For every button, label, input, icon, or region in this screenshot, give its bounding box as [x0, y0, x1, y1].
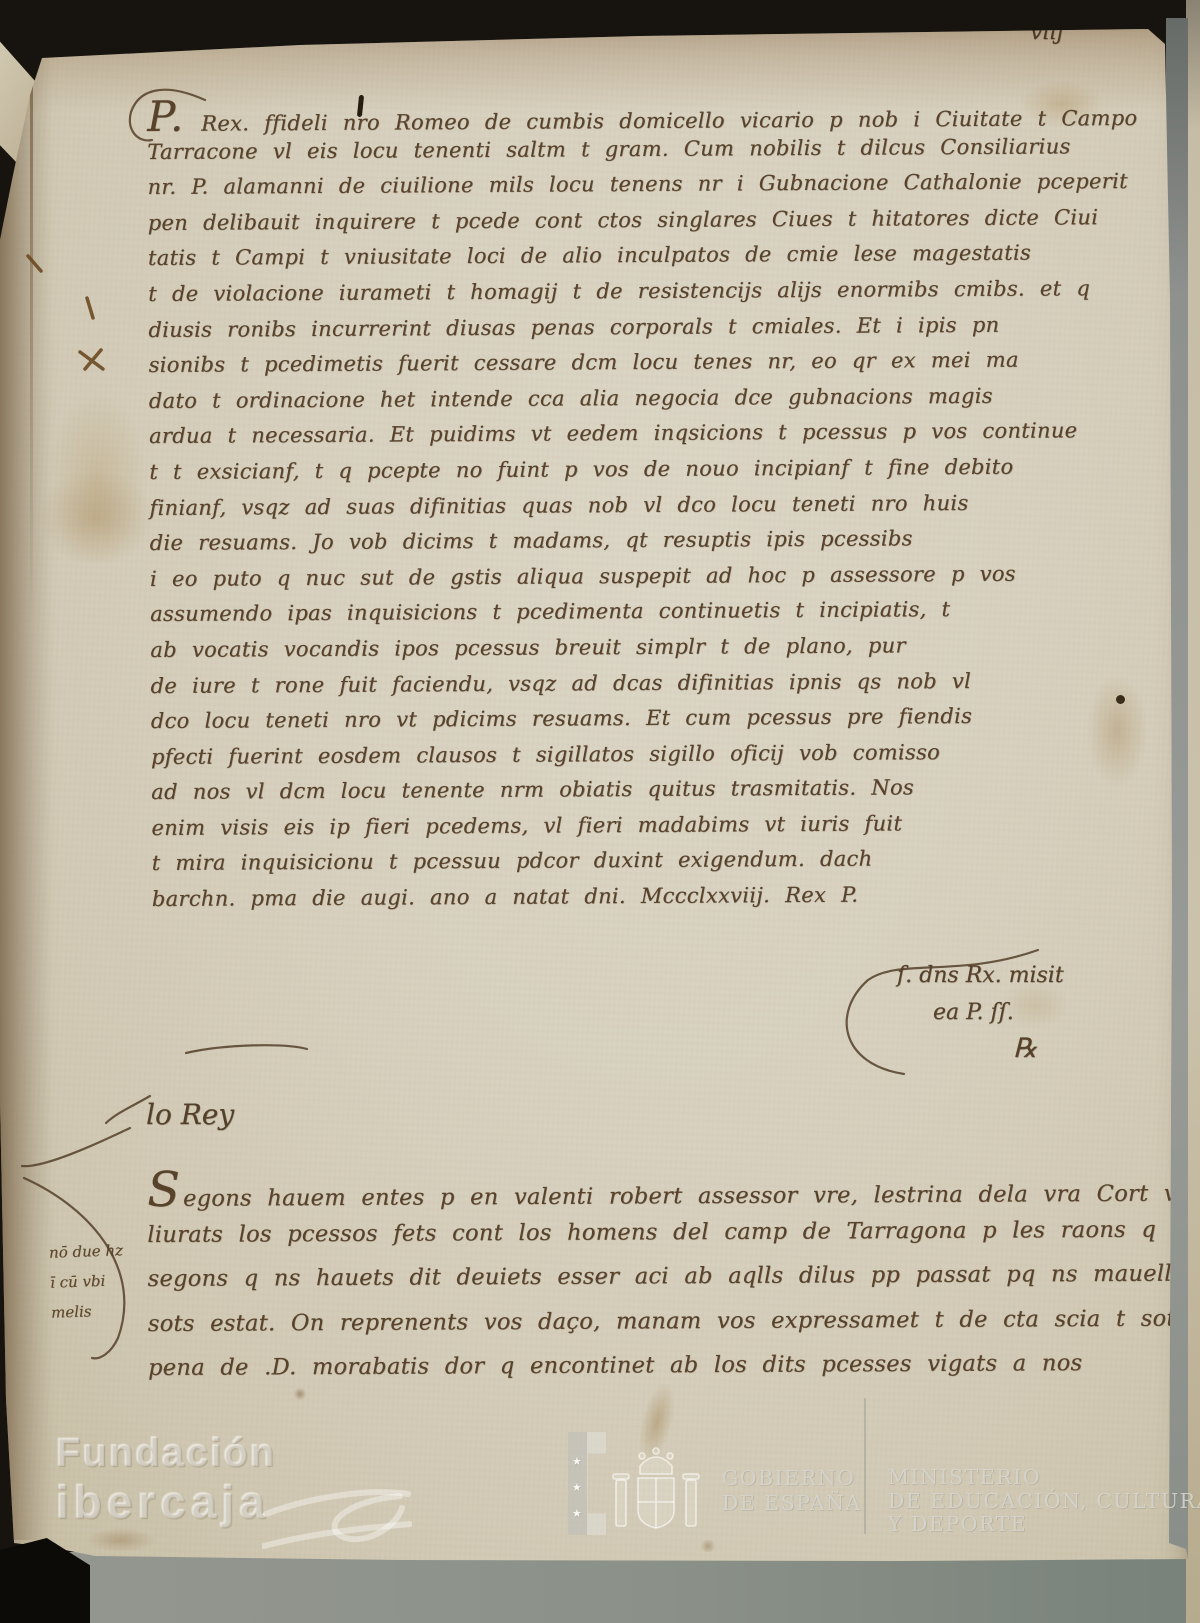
star-icon: ★: [572, 1455, 582, 1468]
government-watermark: ★ ★ ★ GOBIERNODE ESPAÑA MINISTERIODE EDU…: [0, 0, 1200, 1623]
star-icon: ★: [572, 1507, 582, 1520]
star-icon: ★: [572, 1481, 582, 1494]
ministerio-watermark-text: MINISTERIODE EDUCACIÓN, CULTURAY DEPORTE: [888, 1466, 1200, 1537]
watermark-divider: [864, 1398, 866, 1534]
manuscript-photo: viij P. Rex. ffideli nro Romeo de cumbis…: [0, 0, 1200, 1623]
spain-coat-of-arms-icon: [608, 1444, 704, 1538]
gobierno-watermark-text: GOBIERNODE ESPAÑA: [722, 1466, 862, 1516]
